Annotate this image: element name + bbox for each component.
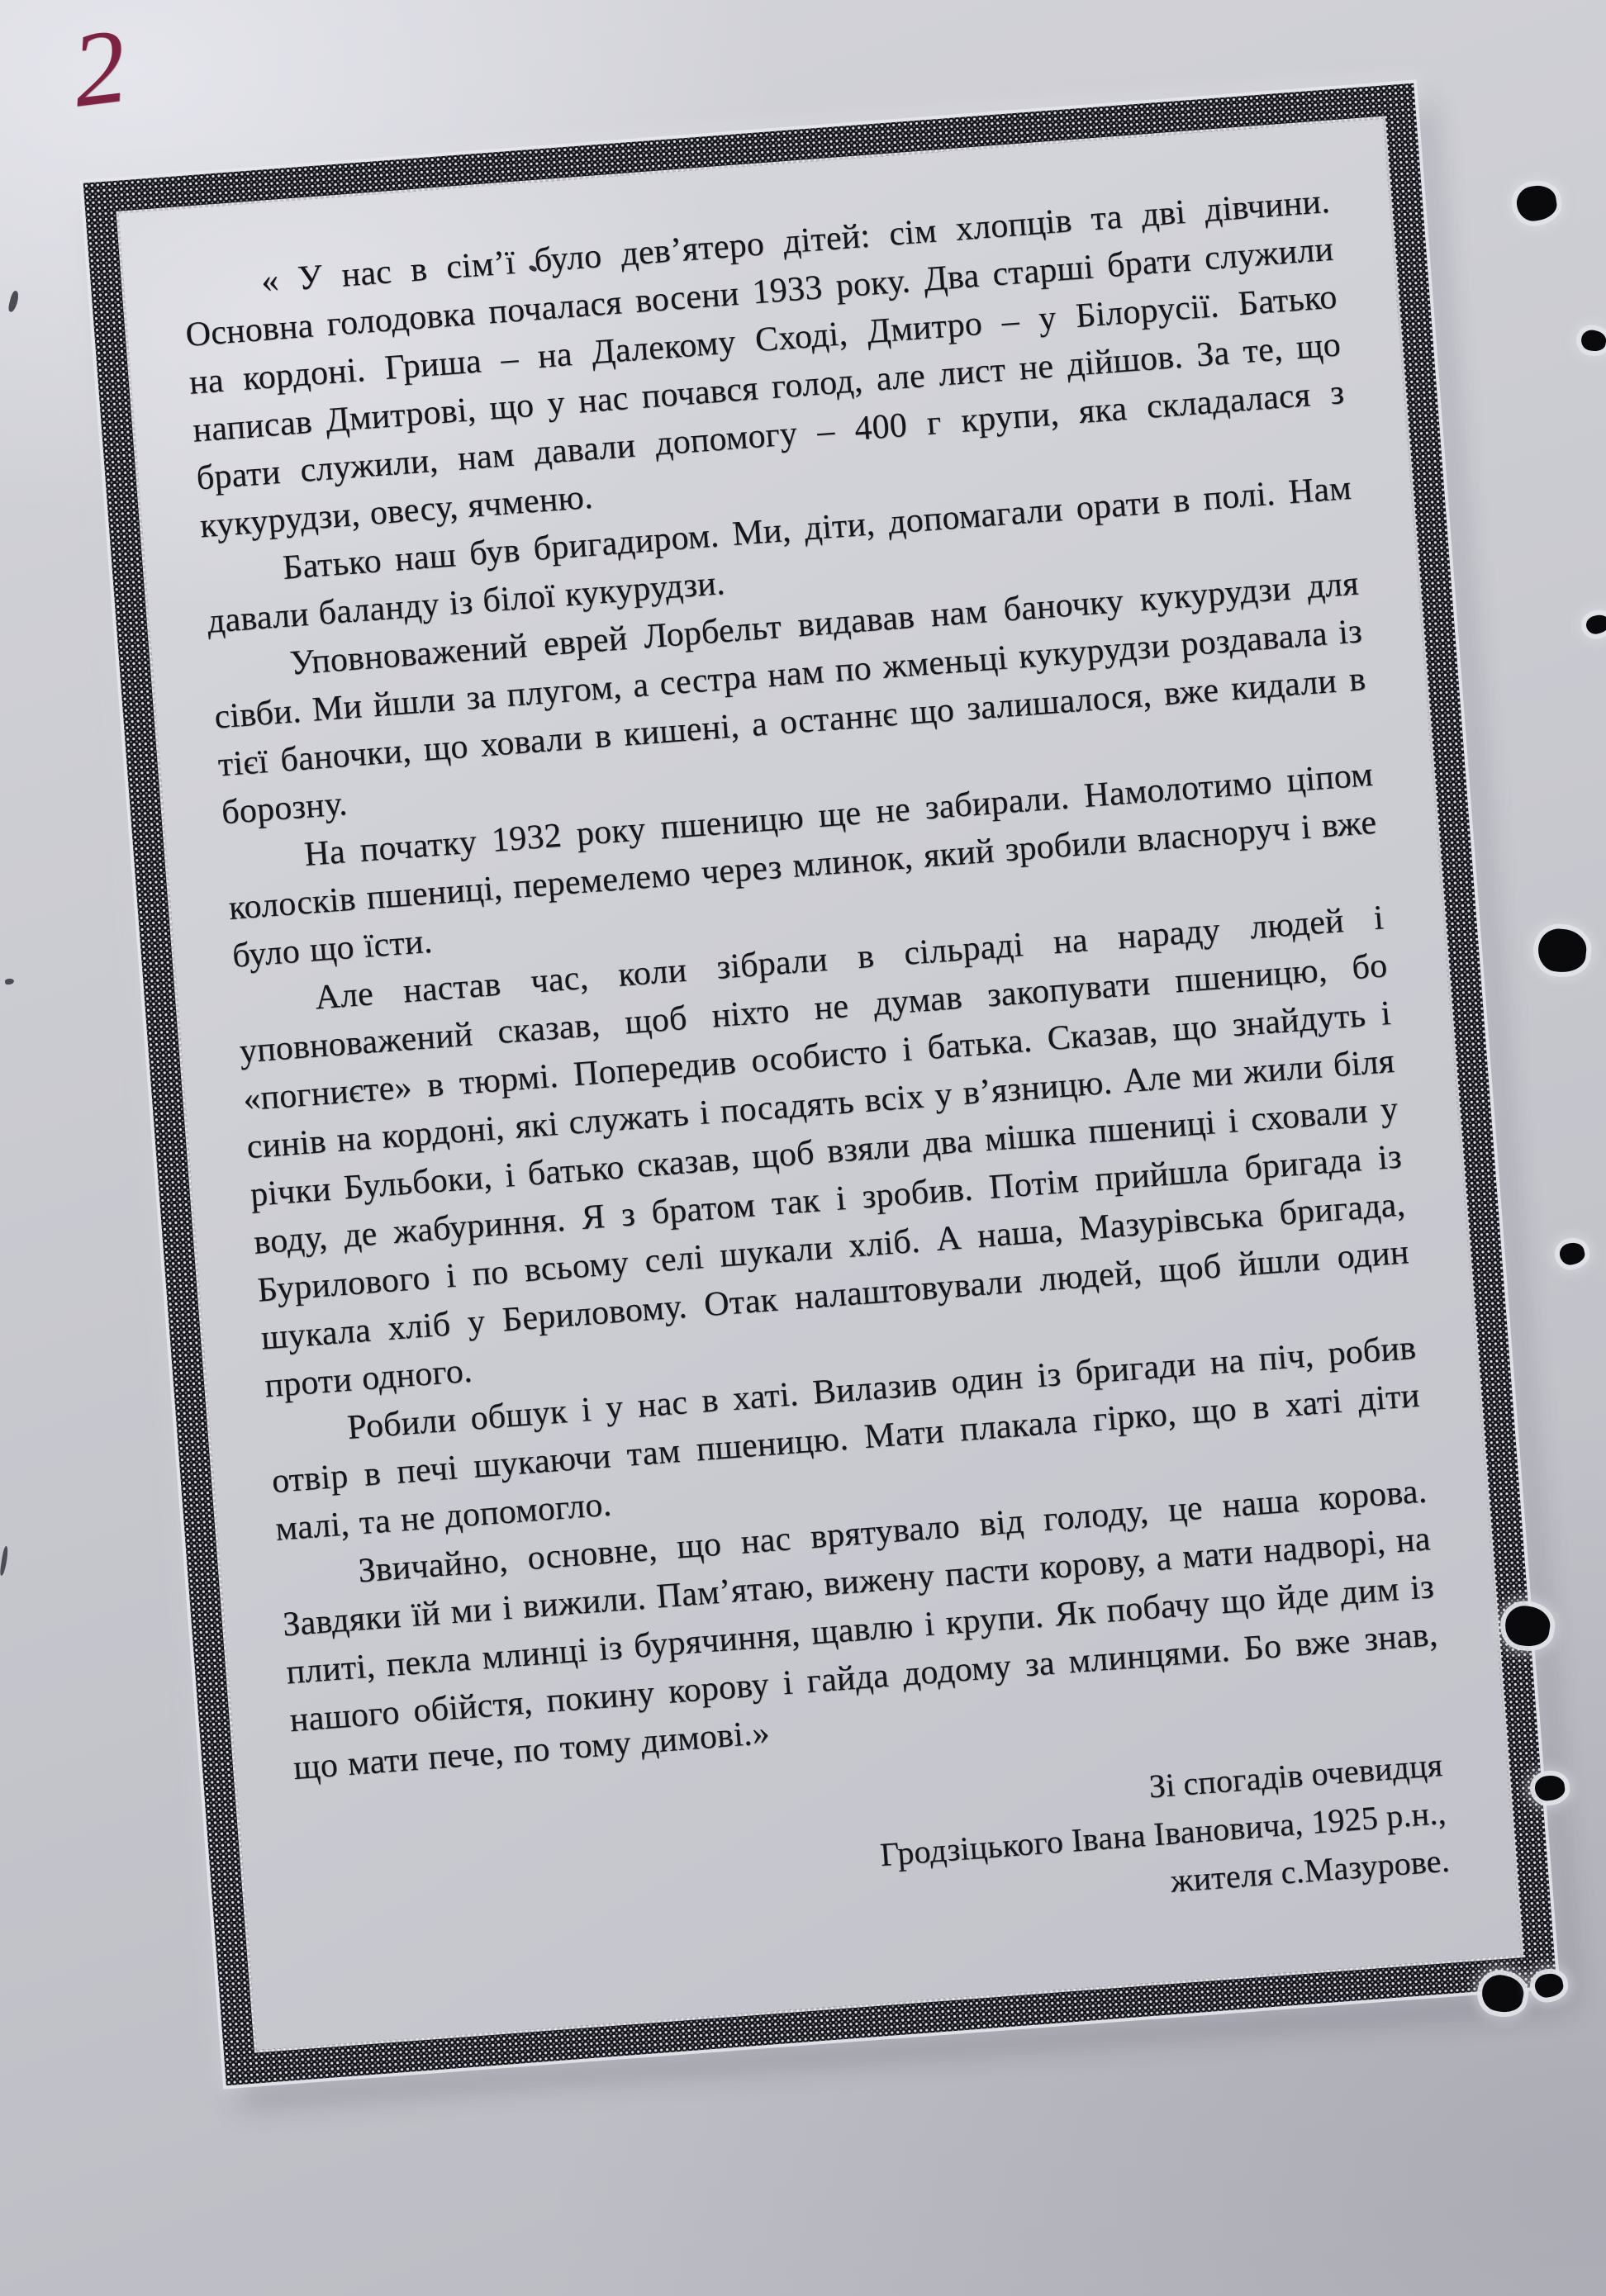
punch-hole [1580, 329, 1606, 353]
punch-hole [1585, 613, 1606, 636]
document-paper: « У нас в сім’ї було дев’ятеро дітей: сі… [119, 119, 1522, 2051]
document-frame: « У нас в сім’ї було дев’ятеро дітей: сі… [83, 83, 1557, 2086]
testimony-text: « У нас в сім’ї було дев’ятеро дітей: сі… [180, 178, 1442, 1792]
margin-mark [0, 1546, 9, 1576]
margin-mark [7, 290, 20, 312]
punch-hole [1536, 927, 1588, 975]
margin-mark [5, 978, 15, 984]
handwritten-page-number: 2 [66, 12, 131, 124]
testimony-paragraph-5: Але настав час, коли зібрали в сільраді … [235, 894, 1414, 1410]
punch-hole [1534, 1774, 1566, 1802]
punch-hole [1514, 183, 1558, 223]
punch-hole [1558, 1241, 1587, 1267]
